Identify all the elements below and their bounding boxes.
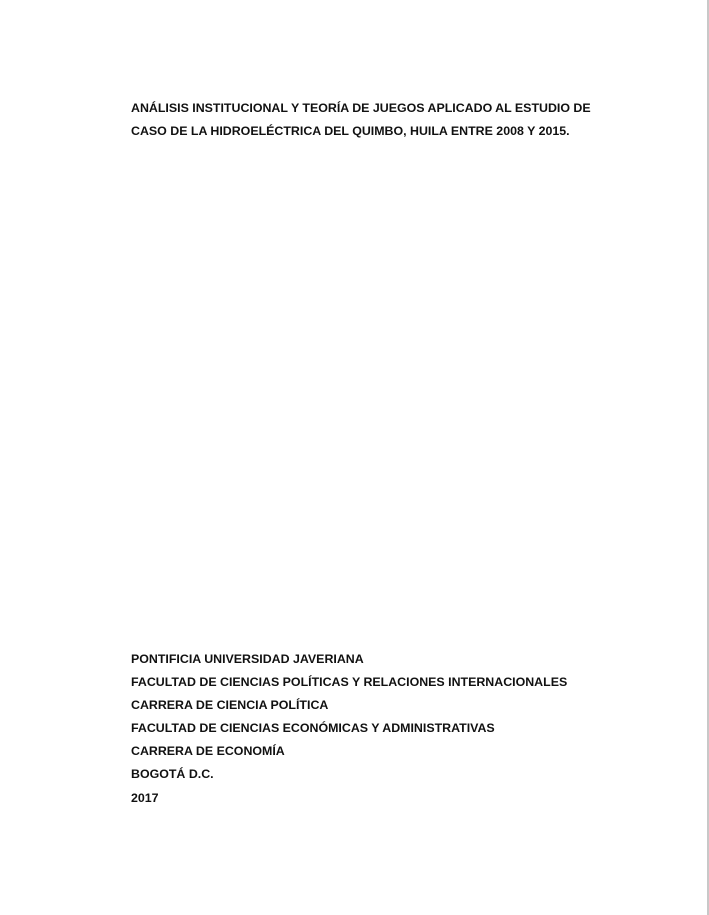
year: 2017 [131,787,567,810]
faculty-political-science: FACULTAD DE CIENCIAS POLÍTICAS Y RELACIO… [131,671,567,694]
title-line: CASO DE LA HIDROELÉCTRICA DEL QUIMBO, HU… [131,120,671,143]
program-economics: CARRERA DE ECONOMÍA [131,740,567,763]
faculty-economics: FACULTAD DE CIENCIAS ECONÓMICAS Y ADMINI… [131,717,567,740]
city: BOGOTÁ D.C. [131,763,567,786]
affiliation-block: PONTIFICIA UNIVERSIDAD JAVERIANA FACULTA… [131,648,567,810]
program-political-science: CARRERA DE CIENCIA POLÍTICA [131,694,567,717]
document-page: ANÁLISIS INSTITUCIONAL Y TEORÍA DE JUEGO… [0,0,709,915]
document-title: ANÁLISIS INSTITUCIONAL Y TEORÍA DE JUEGO… [131,97,671,143]
university-name: PONTIFICIA UNIVERSIDAD JAVERIANA [131,648,567,671]
title-line: ANÁLISIS INSTITUCIONAL Y TEORÍA DE JUEGO… [131,97,671,120]
